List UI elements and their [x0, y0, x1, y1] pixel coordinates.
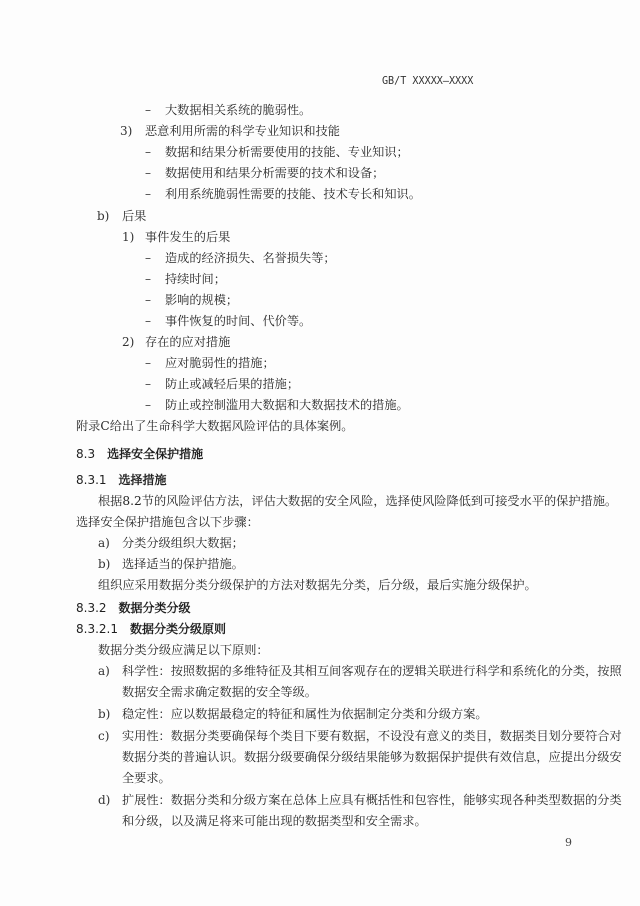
list-item: 选择适当的保护措施。: [122, 556, 244, 572]
list-dash: –: [145, 271, 151, 287]
list-marker: a): [98, 535, 110, 551]
list-dash: –: [145, 144, 151, 160]
list-marker: 1): [122, 229, 134, 245]
paragraph-line: 组织应采用数据分类分级保护的方法对数据先分类，后分级，最后实施分级保护。: [98, 577, 537, 593]
list-item-title: 后果: [122, 208, 146, 224]
list-item: 分类分级组织大数据；: [122, 535, 244, 551]
list-marker: b): [98, 556, 110, 572]
list-item: 影响的规模；: [165, 292, 238, 308]
list-dash: –: [145, 250, 151, 266]
section-heading-8-3-2-1: 8.3.2.1数据分类分级原则: [76, 621, 226, 637]
standard-id-header: GB/T XXXXX—XXXX: [382, 74, 473, 87]
paragraph-line: 选择安全保护措施包含以下步骤：: [76, 514, 259, 530]
list-item: 造成的经济损失、名誉损失等；: [165, 250, 336, 266]
list-item: 数据安全需求确定数据的安全等级。: [122, 684, 317, 700]
list-item: 持续时间；: [165, 271, 226, 287]
section-title: 数据分类分级: [119, 601, 191, 615]
section-number: 8.3.1: [76, 473, 107, 487]
section-heading-8-3-2: 8.3.2数据分类分级: [76, 600, 191, 616]
list-item: 实用性：数据分类要确保每个类目下要有数据，不设没有意义的类目，数据类目划分要符合…: [122, 728, 622, 744]
list-dash: –: [145, 376, 151, 392]
section-title: 数据分类分级原则: [130, 622, 226, 636]
list-item: 大数据相关系统的脆弱性。: [165, 102, 311, 118]
list-item: 扩展性：数据分类和分级方案在总体上应具有概括性和包容性，能够实现各种类型数据的分…: [122, 792, 622, 808]
appendix-note: 附录C给出了生命科学大数据风险评估的具体案例。: [76, 418, 353, 434]
list-marker: a): [98, 663, 110, 679]
list-item: 防止或减轻后果的措施；: [165, 376, 299, 392]
list-item: 事件恢复的时间、代价等。: [165, 313, 311, 329]
list-item-title: 恶意利用所需的科学专业知识和技能: [145, 123, 340, 139]
list-marker: 2): [122, 334, 134, 350]
section-number: 8.3.2.1: [76, 622, 118, 636]
list-dash: –: [145, 102, 151, 118]
section-number: 8.3.2: [76, 601, 107, 615]
list-marker: c): [98, 728, 109, 744]
paragraph-line: 数据分类分级应满足以下原则：: [98, 642, 269, 658]
document-page: GB/T XXXXX—XXXX – 大数据相关系统的脆弱性。 3) 恶意利用所需…: [0, 0, 640, 906]
list-item: 科学性：按照数据的多维特征及其相互间客观存在的逻辑关联进行科学和系统化的分类，按…: [122, 663, 622, 679]
list-dash: –: [145, 355, 151, 371]
list-item: 防止或控制滥用大数据和大数据技术的措施。: [165, 397, 409, 413]
list-item: 数据使用和结果分析需要的技术和设备；: [165, 165, 384, 181]
list-item: 全要求。: [122, 770, 171, 786]
list-item: 数据分类的普遍认识。数据分级要确保分级结果能够为数据保护提供有效信息，应提出分级…: [122, 749, 622, 765]
list-item-title: 事件发生的后果: [145, 229, 230, 245]
paragraph-line: 根据8.2节的风险评估方法，评估大数据的安全风险，选择使风险降低到可接受水平的保…: [98, 493, 617, 509]
list-dash: –: [145, 165, 151, 181]
list-marker: d): [98, 792, 110, 808]
list-dash: –: [145, 397, 151, 413]
list-item: 应对脆弱性的措施；: [165, 355, 275, 371]
page-number: 9: [565, 836, 572, 849]
section-heading-8-3-1: 8.3.1选择措施: [76, 472, 167, 488]
list-dash: –: [145, 186, 151, 202]
list-item-title: 存在的应对措施: [145, 334, 230, 350]
list-marker: b): [97, 208, 109, 224]
list-item: 和分级，以及满足将来可能出现的数据类型和安全需求。: [122, 813, 427, 829]
list-item: 数据和结果分析需要使用的技能、专业知识；: [165, 144, 409, 160]
section-heading-8-3: 8.3选择安全保护措施: [76, 446, 203, 462]
list-dash: –: [145, 292, 151, 308]
section-number: 8.3: [76, 447, 95, 461]
section-title: 选择安全保护措施: [107, 447, 203, 461]
list-dash: –: [145, 313, 151, 329]
list-item: 利用系统脆弱性需要的技能、技术专长和知识。: [165, 186, 421, 202]
list-item: 稳定性：应以数据最稳定的特征和属性为依据制定分类和分级方案。: [122, 706, 488, 722]
list-marker: 3): [120, 123, 132, 139]
list-marker: b): [98, 706, 110, 722]
section-title: 选择措施: [119, 473, 167, 487]
